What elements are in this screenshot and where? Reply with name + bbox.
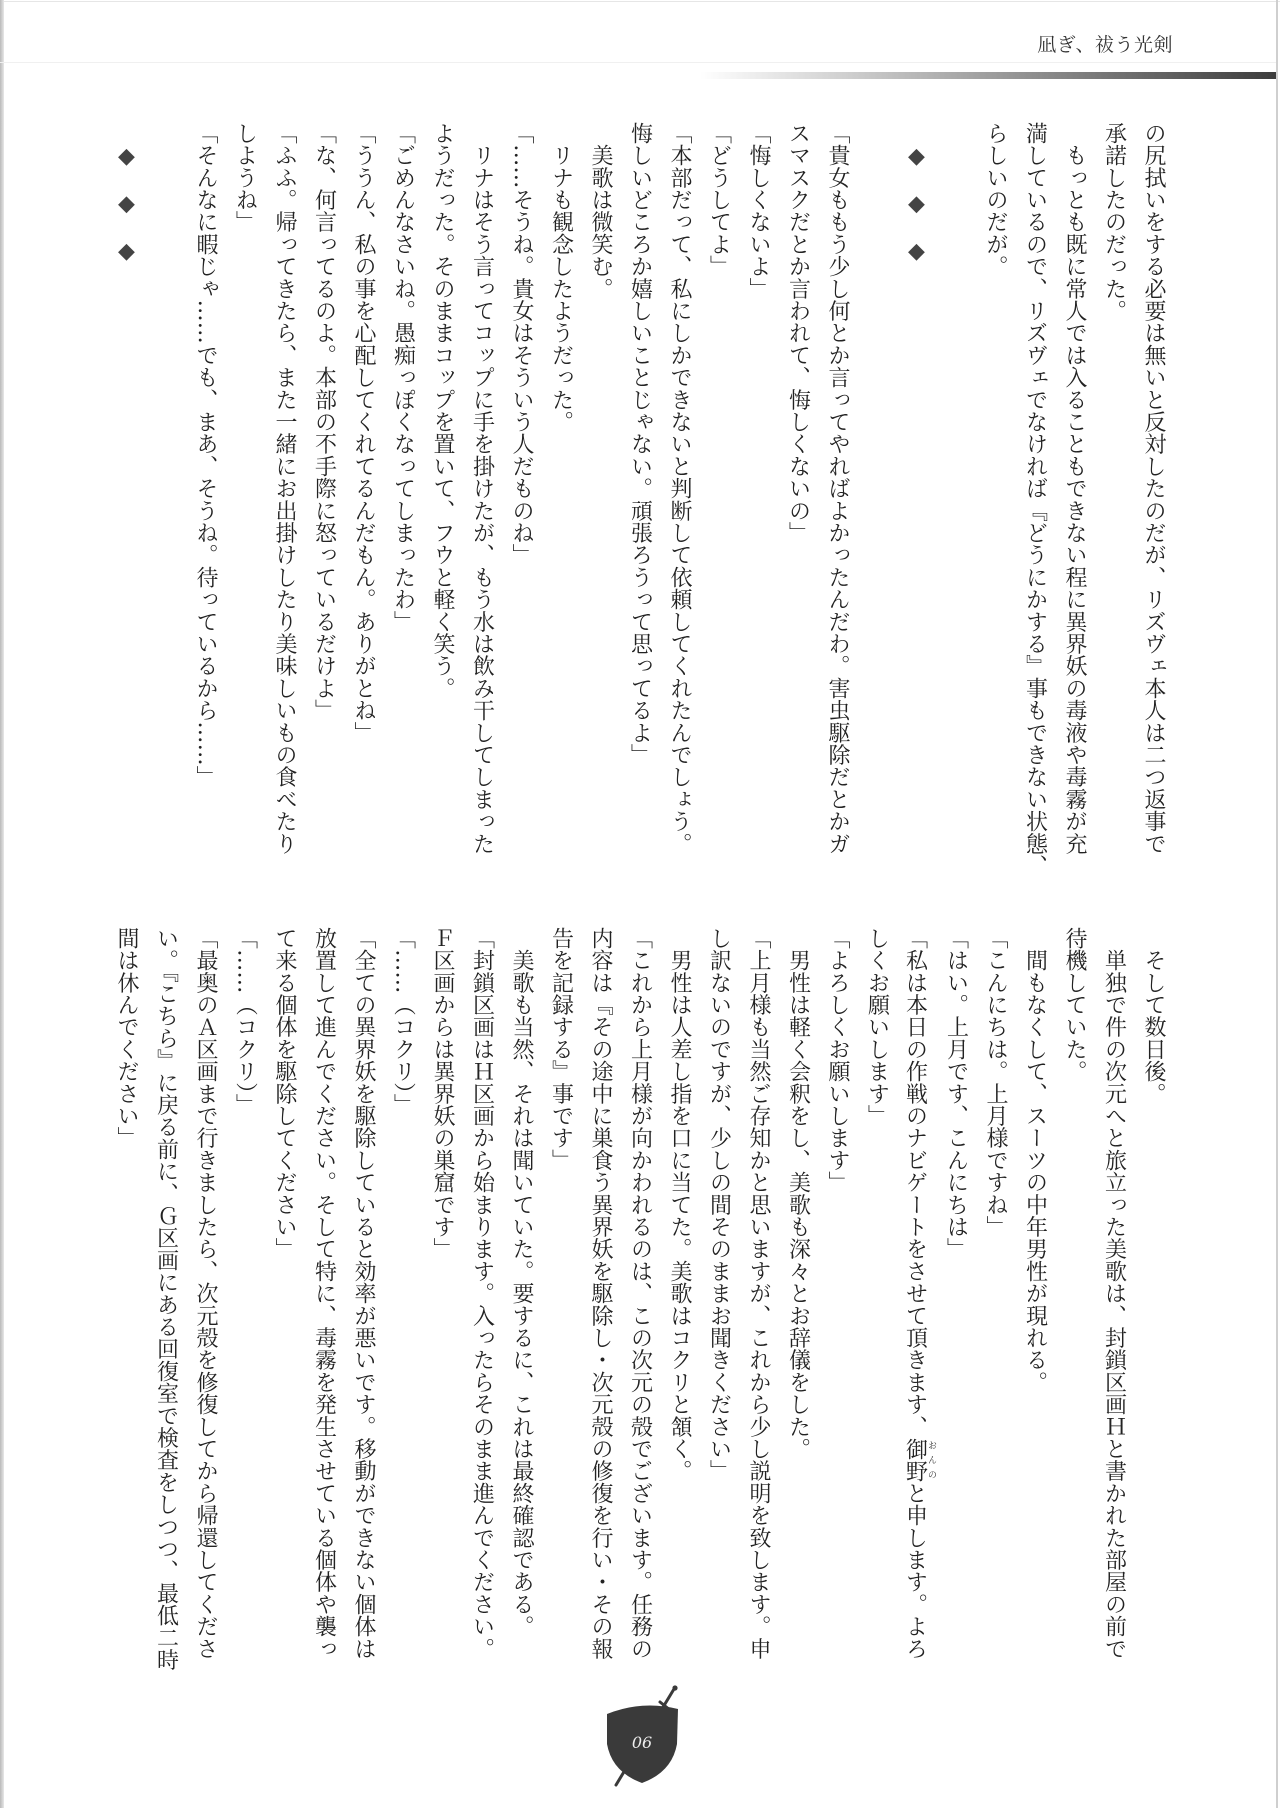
text-line: 「どうしてよ」 [699,122,739,867]
text-line: 「……そうね。貴女はそういう人だものね」 [502,122,542,867]
running-header-title: 凪ぎ、祓う光剣 [1037,30,1173,57]
text-line: しくお願いします」 [857,927,897,1672]
ruby-base: 御野 [903,1438,928,1482]
text-line: 「な、何言ってるのよ。本部の不手際に怒っているだけよ」 [304,122,344,867]
text-line: 「封鎖区画はＨ区画から始まります。入ったらそのまま進んでください。 [462,927,502,1672]
text-line: 間もなくして、スーツの中年男性が現れる。 [1015,927,1055,1672]
page-number-shield-emblem: 06 [600,1684,690,1788]
text-line: 男性は人差し指を口に当てた。美歌はコクリと頷く。 [660,927,700,1672]
text-line: 「……（コクリ）」 [383,927,423,1672]
text-line: リナも観念したようだった。 [541,122,581,867]
text-line: 「貴女ももう少し何とか言ってやればよかったんだわ。害虫駆除だとかガ [818,122,858,867]
text-line: 承諾したのだった。 [1094,122,1134,867]
text-line: 「ふふ。帰ってきたら、また一緒にお出掛けしたり美味しいもの食べたり [265,122,305,867]
text-line: 「ごめんなさいね。愚痴っぽくなってしまったわ」 [383,122,423,867]
text-line: もっとも既に常人では入ることもできない程に異界妖の毒液や毒霧が充 [1055,122,1095,867]
text-line: 悔しいどころか嬉しいことじゃない。頑張ろうって思ってるよ」 [620,122,660,867]
text-line: 単独で件の次元へと旅立った美歌は、封鎖区画Ｈと書かれた部屋の前で [1094,927,1134,1672]
text-line: 「……（コクリ）」 [225,927,265,1672]
text-line: 待機していた。 [1055,927,1095,1672]
ruby-reading: おんの [926,1438,936,1482]
text-line: 放置して進んでください。そして特に、毒霧を発生させている個体や襲っ [304,927,344,1672]
lower-text-block: そして数日後。 単独で件の次元へと旅立った美歌は、封鎖区画Ｈと書かれた部屋の前で… [106,927,1173,1672]
text-line-with-ruby: 「私は本日の作戦のナビゲートをさせて頂きます、御野おんのと申します。よろ [897,927,937,1672]
text-line: 「そんなに暇じゃ……でも、まあ、そうね。待っているから……」 [186,122,226,867]
upper-text-block: の尻拭いをする必要は無いと反対したのだが、リズヴェ本人は二つ返事で 承諾したのだ… [106,122,1173,867]
text-line: 「こんにちは。上月様ですね」 [976,927,1016,1672]
scan-edge-right [1276,0,1278,1808]
text-line: て来る個体を駆除してください」 [265,927,305,1672]
text-line: 「これから上月様が向かわれるのは、この次元の殻でございます。任務の [620,927,660,1672]
text-line: 「はい。上月です、こんにちは」 [936,927,976,1672]
text-line: らしいのだが。 [976,122,1016,867]
text-line: 「最奥のＡ区画まで行きましたら、次元殻を修復してから帰還してくださ [186,927,226,1672]
scene-break-diamonds: ◆ ◆ ◆ [897,122,937,867]
blank-line [146,122,186,867]
ruby-annotation: 御野おんの [903,1438,928,1482]
scan-edge-left [0,0,4,1808]
text-line: リナはそう言ってコップに手を掛けたが、もう水は飲み干してしまった [462,122,502,867]
text-line: 内容は『その途中に巣食う異界妖を駆除し・次元殻の修復を行い・その報 [581,927,621,1672]
text-line: しようね」 [225,122,265,867]
header-faint-rule [0,62,1276,63]
scan-edge-top [0,1,1280,2]
header-gradient-bar [700,72,1276,79]
text-line: Ｆ区画からは異界妖の巣窟です」 [423,927,463,1672]
text-line: 告を記録する』事です」 [541,927,581,1672]
text-line: 「悔しくないよ」 [739,122,779,867]
text-line: の尻拭いをする必要は無いと反対したのだが、リズヴェ本人は二つ返事で [1134,122,1174,867]
text-line: 間は休んでください」 [107,927,147,1672]
text-line: 「本部だって、私にしかできないと判断して依頼してくれたんでしょう。 [660,122,700,867]
text-line: 「よろしくお願いします」 [818,927,858,1672]
text-line: 美歌も当然、それは聞いていた。要するに、これは最終確認である。 [502,927,542,1672]
text-segment: 「私は本日の作戦のナビゲートをさせて頂きます、 [903,927,928,1438]
blank-line [857,122,897,867]
text-segment: と申します。よろ [903,1482,928,1660]
page-number: 06 [632,1733,652,1752]
text-line: ようだった。そのままコップを置いて、フウと軽く笑う。 [423,122,463,867]
text-line: 男性は軽く会釈をし、美歌も深々とお辞儀をした。 [778,927,818,1672]
text-line: 「ううん、私の事を心配してくれてるんだもん。ありがとね」 [344,122,384,867]
blank-line [936,122,976,867]
text-line: 「全ての異界妖を駆除していると効率が悪いです。移動ができない個体は [344,927,384,1672]
text-line: 美歌は微笑む。 [581,122,621,867]
text-line: し訳ないのですが、少しの間そのままお聞きください」 [699,927,739,1672]
scene-break-diamonds: ◆ ◆ ◆ [107,122,147,867]
text-line: 満しているので、リズヴェでなければ『どうにかする』事もできない状態、 [1015,122,1055,867]
text-line: い。『こちら』に戻る前に、Ｇ区画にある回復室で検査をしつつ、最低二時 [146,927,186,1672]
text-line: 「上月様も当然ご存知かと思いますが、これから少し説明を致します。申 [739,927,779,1672]
text-line: そして数日後。 [1134,927,1174,1672]
text-line: スマスクだとか言われて、悔しくないの」 [778,122,818,867]
